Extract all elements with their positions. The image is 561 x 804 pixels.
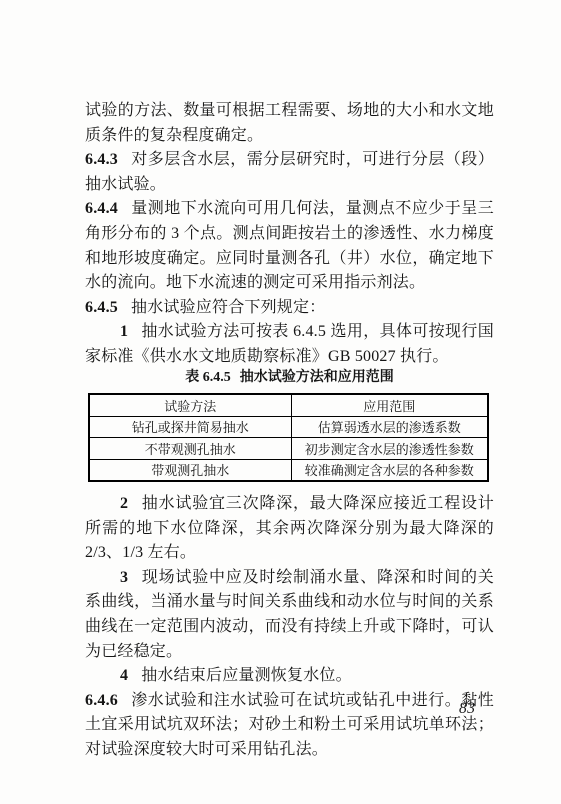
section-text: 对多层含水层，需分层研究时，可进行分层（段）抽水试验。 <box>85 151 494 193</box>
table-cell-scope: 初步测定含水层的渗透性参数 <box>291 438 488 460</box>
section-number: 6.4.6 <box>85 692 118 709</box>
table-row: 带观测孔抽水 较准确测定含水层的各种参数 <box>89 459 488 481</box>
section-number: 6.4.3 <box>85 151 118 168</box>
table-cell-scope: 估算弱透水层的渗透系数 <box>291 416 488 438</box>
section-number: 6.4.4 <box>85 200 118 217</box>
table-cell-scope: 较准确测定含水层的各种参数 <box>291 459 488 481</box>
lower-text-block: 2抽水试验宜三次降深，最大降深应接近工程设计所需的地下水位降深，其余两次降深分别… <box>85 492 494 763</box>
section-6-4-5: 6.4.5抽水试验应符合下列规定： <box>85 296 494 321</box>
table-caption: 表 6.4.5抽水试验方法和应用范围 <box>85 368 494 387</box>
table-row: 不带观测孔抽水 初步测定含水层的渗透性参数 <box>89 438 488 460</box>
clause-item-3: 3现场试验中应及时绘制涌水量、降深和时间的关系曲线，当涌水量与时间关系曲线和动水… <box>85 566 494 664</box>
document-page: 试验的方法、数量可根据工程需要、场地的大小和水文地质条件的复杂程度确定。 6.4… <box>0 0 561 804</box>
table-cell-method: 钻孔或探井简易抽水 <box>89 416 291 438</box>
upper-text-block: 试验的方法、数量可根据工程需要、场地的大小和水文地质条件的复杂程度确定。 6.4… <box>85 99 494 370</box>
pumping-test-methods-table: 试验方法 应用范围 钻孔或探井简易抽水 估算弱透水层的渗透系数 不带观测孔抽水 … <box>88 393 489 482</box>
clause-number: 3 <box>120 569 128 586</box>
section-6-4-4: 6.4.4量测地下水流向可用几何法，量测点不应少于呈三角形分布的 3 个点。测点… <box>85 197 494 295</box>
clause-number: 2 <box>120 495 128 512</box>
section-text: 量测地下水流向可用几何法，量测点不应少于呈三角形分布的 3 个点。测点间距按岩土… <box>85 200 494 291</box>
table-caption-title: 抽水试验方法和应用范围 <box>240 370 394 385</box>
table-header-row: 试验方法 应用范围 <box>89 394 488 416</box>
section-text: 渗水试验和注水试验可在试坑或钻孔中进行。黏性土宜采用试坑双环法；对砂土和粉土可采… <box>85 692 494 758</box>
table-cell-method: 不带观测孔抽水 <box>89 438 291 460</box>
clause-number: 1 <box>120 323 128 340</box>
table-cell-method: 带观测孔抽水 <box>89 459 291 481</box>
clause-number: 4 <box>120 667 128 684</box>
clause-text: 抽水结束后应量测恢复水位。 <box>141 667 352 684</box>
paragraph-continuation: 试验的方法、数量可根据工程需要、场地的大小和水文地质条件的复杂程度确定。 <box>85 99 494 148</box>
table-caption-label: 表 6.4.5 <box>185 370 231 385</box>
clause-item-4: 4抽水结束后应量测恢复水位。 <box>85 664 494 689</box>
section-6-4-3: 6.4.3对多层含水层，需分层研究时，可进行分层（段）抽水试验。 <box>85 148 494 197</box>
section-6-4-6: 6.4.6渗水试验和注水试验可在试坑或钻孔中进行。黏性土宜采用试坑双环法；对砂土… <box>85 689 494 763</box>
section-text: 抽水试验应符合下列规定： <box>131 299 325 316</box>
clause-item-1: 1抽水试验方法可按表 6.4.5 选用，具体可按现行国家标准《供水水文地质勘察标… <box>85 320 494 369</box>
clause-text: 现场试验中应及时绘制涌水量、降深和时间的关系曲线，当涌水量与时间关系曲线和动水位… <box>85 569 494 660</box>
table-header-cell-method: 试验方法 <box>89 394 291 416</box>
clause-text: 抽水试验宜三次降深，最大降深应接近工程设计所需的地下水位降深，其余两次降深分别为… <box>85 495 494 561</box>
clause-item-2: 2抽水试验宜三次降深，最大降深应接近工程设计所需的地下水位降深，其余两次降深分别… <box>85 492 494 566</box>
clause-text: 抽水试验方法可按表 6.4.5 选用，具体可按现行国家标准《供水水文地质勘察标准… <box>85 323 494 365</box>
page-number: 83 <box>459 700 476 718</box>
table-row: 钻孔或探井简易抽水 估算弱透水层的渗透系数 <box>89 416 488 438</box>
section-number: 6.4.5 <box>85 299 118 316</box>
table-header-cell-scope: 应用范围 <box>291 394 488 416</box>
